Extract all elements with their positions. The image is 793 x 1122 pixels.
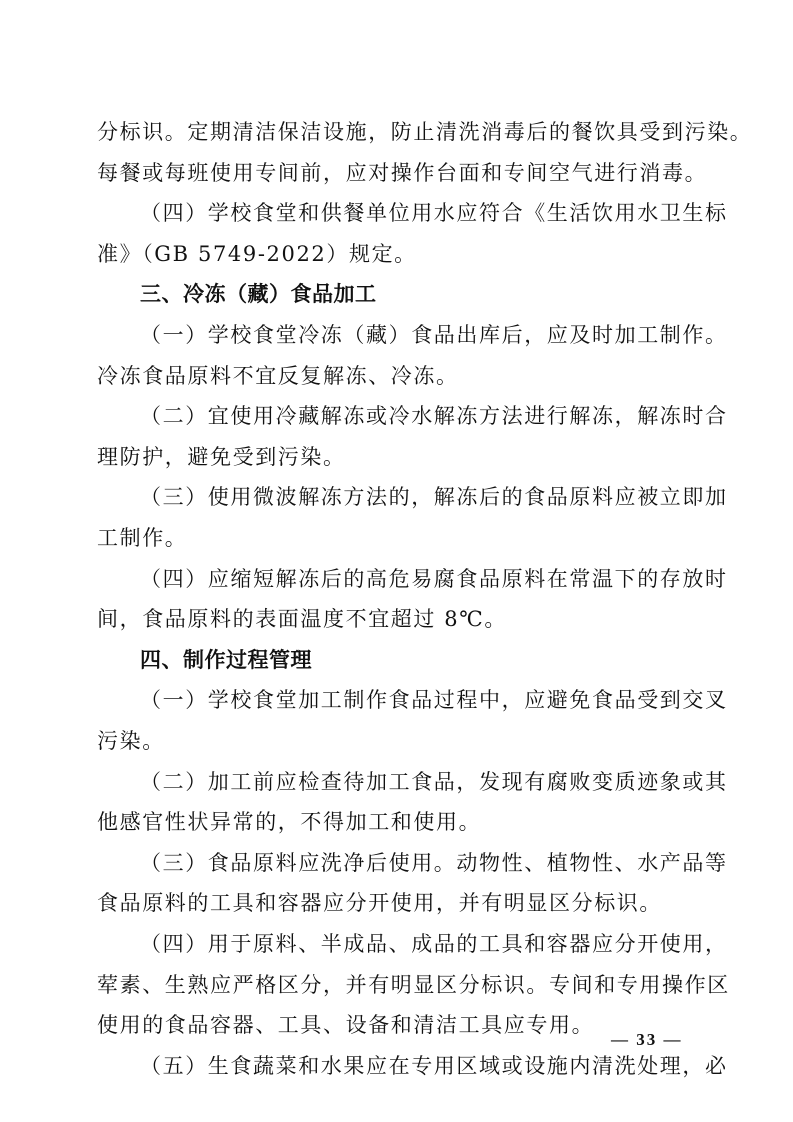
- section-heading-4: 四、制作过程管理: [140, 646, 746, 674]
- body-line: 冷冻食品原料不宜反复解冻、冷冻。: [97, 362, 703, 390]
- paragraph-start-line: （四）用于原料、半成品、成品的工具和容器应分开使用，: [140, 930, 703, 958]
- body-line: 荤素、生熟应严格区分，并有明显区分标识。专间和专用操作区: [97, 971, 703, 999]
- paragraph-start-line: （五）生食蔬菜和水果应在专用区域或设施内清洗处理，必: [140, 1052, 703, 1080]
- body-line: 工制作。: [97, 524, 703, 552]
- paragraph-start-line: （一）学校食堂冷冻（藏）食品出库后，应及时加工制作。: [140, 321, 703, 349]
- body-line: 间，食品原料的表面温度不宜超过 8℃。: [97, 605, 703, 633]
- paragraph-start-line: （三）使用微波解冻方法的，解冻后的食品原料应被立即加: [140, 483, 703, 511]
- section-heading-3: 三、冷冻（藏）食品加工: [140, 280, 746, 308]
- body-line: 食品原料的工具和容器应分开使用，并有明显区分标识。: [97, 889, 703, 917]
- body-line: 他感官性状异常的，不得加工和使用。: [97, 808, 703, 836]
- paragraph-start-line: （四）应缩短解冻后的高危易腐食品原料在常温下的存放时: [140, 565, 703, 593]
- paragraph-start-line: （一）学校食堂加工制作食品过程中，应避免食品受到交叉: [140, 686, 703, 714]
- body-line: 准》（GB 5749-2022）规定。: [97, 240, 703, 268]
- paragraph-start-line: （四）学校食堂和供餐单位用水应符合《生活饮用水卫生标: [140, 199, 703, 227]
- paragraph-start-line: （三）食品原料应洗净后使用。动物性、植物性、水产品等: [140, 849, 703, 877]
- document-page: 分标识。定期清洁保洁设施，防止清洗消毒后的餐饮具受到污染。 每餐或每班使用专间前…: [0, 0, 793, 1122]
- paragraph-start-line: （二）加工前应检查待加工食品，发现有腐败变质迹象或其: [140, 768, 703, 796]
- body-line: 分标识。定期清洁保洁设施，防止清洗消毒后的餐饮具受到污染。: [97, 118, 703, 146]
- body-line: 污染。: [97, 727, 703, 755]
- body-line: 理防护，避免受到污染。: [97, 443, 703, 471]
- body-line: 每餐或每班使用专间前，应对操作台面和专间空气进行消毒。: [97, 159, 703, 187]
- paragraph-start-line: （二）宜使用冷藏解冻或冷水解冻方法进行解冻，解冻时合: [140, 402, 703, 430]
- page-number: — 33 —: [611, 1030, 683, 1050]
